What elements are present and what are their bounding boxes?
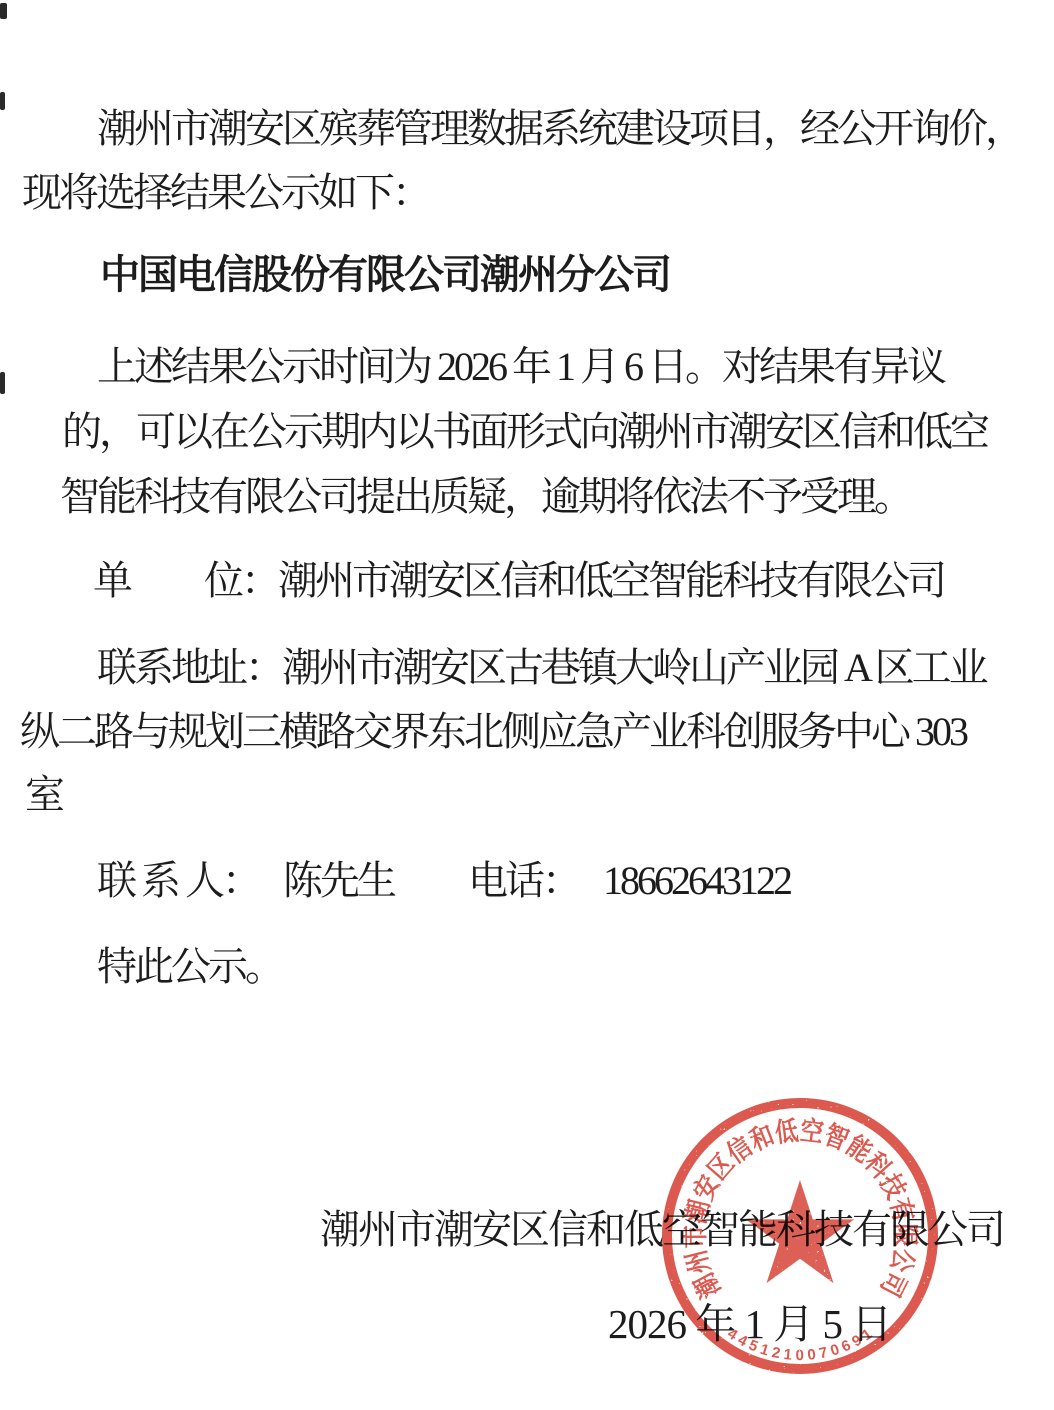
scan-artifact: [0, 92, 5, 110]
unit-line: 单 位：潮州市潮安区信和低空智能科技有限公司: [93, 558, 944, 604]
seal-star-icon: [746, 1180, 854, 1283]
address-line-2: 纵二路与规划三横路交界东北侧应急产业科创服务中心 303: [20, 709, 966, 755]
intro-line-1: 潮州市潮安区殡葬管理数据系统建设项目，经公开询价，: [97, 106, 1022, 152]
contact-line: 联 系 人： 陈先生 电话： 18662643122: [97, 858, 790, 904]
scan-artifact: [0, 372, 5, 394]
intro-line-2: 现将选择结果公示如下：: [22, 170, 429, 216]
notice-line-3: 智能科技有限公司提出质疑，逾期将依法不予受理。: [60, 474, 911, 520]
scan-artifact: [0, 3, 7, 19]
company-seal-stamp: 潮州市潮安区信和低空智能科技有限公司 4451210070691: [655, 1091, 945, 1381]
closing-line: 特此公示。: [97, 944, 282, 990]
address-line-3: 室: [25, 772, 62, 818]
winner-company-name: 中国电信股份有限公司潮州分公司: [100, 252, 670, 298]
address-line-1: 联系地址：潮州市潮安区古巷镇大岭山产业园 A 区工业: [97, 645, 986, 691]
notice-line-1: 上述结果公示时间为 2026 年 1 月 6 日。对结果有异议: [97, 344, 944, 390]
announcement-document: 潮州市潮安区殡葬管理数据系统建设项目，经公开询价， 现将选择结果公示如下： 中国…: [0, 0, 1054, 1410]
notice-line-2: 的，可以在公示期内以书面形式向潮州市潮安区信和低空: [62, 409, 987, 455]
